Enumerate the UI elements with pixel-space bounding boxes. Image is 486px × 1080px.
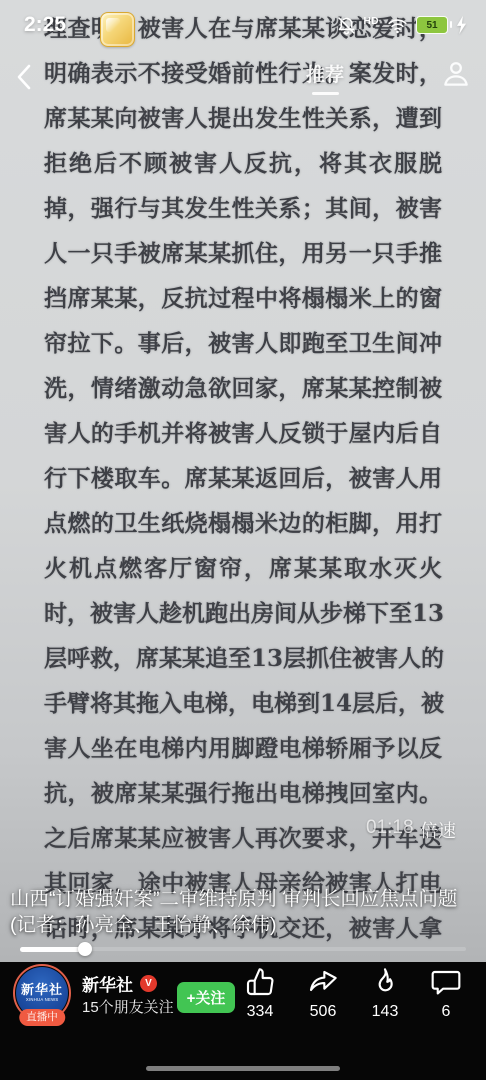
wifi-icon [386, 15, 409, 36]
follow-button[interactable]: +关注 [177, 982, 235, 1013]
share-button[interactable]: 506 [295, 966, 351, 1021]
video-surface[interactable]: 理查明，被害人在与席某某谈恋爱时，明确表示不接受婚前性行为。案发时，席某某向被害… [0, 0, 486, 962]
avatar-text-en: XINHUA NEWS [26, 998, 59, 1004]
clock-time: 2:25 [24, 13, 66, 37]
comment-icon [430, 966, 462, 998]
friends-following-note: 15个朋友关注 [82, 996, 176, 1017]
video-caption: 山西“订婚强奸案”二审维持原判 审判长回应焦点问题 (记者：孙亮全、王怡静、徐伟… [10, 886, 482, 938]
document-line: 害人坐在电梯内用脚蹬电梯轿厢予以反 [44, 726, 442, 771]
document-line: 点燃的卫生纸烧榻榻米边的柜脚，用打 [44, 501, 442, 546]
avatar-text-cn: 新华社 [21, 982, 63, 997]
document-line: 害人的手机并将被害人反锁于屋内后自 [44, 411, 442, 456]
progress-knob[interactable] [78, 942, 92, 956]
mute-bell-icon [336, 15, 357, 36]
document-line: 层呼救，席某某追至13层抓住被害人的 [44, 636, 442, 681]
status-bar: 2:25 HD 51 [24, 10, 468, 40]
document-line: 帘拉下。事后，被害人即跑至卫生间冲 [44, 321, 442, 366]
gold-coin-reward-icon[interactable] [100, 12, 135, 47]
playback-speed-button[interactable]: 倍速 [420, 817, 456, 843]
document-line: 行下楼取车。席某某返回后，被害人用 [44, 456, 442, 501]
playback-time: 01:18 [366, 817, 414, 839]
tab-recommend-label: 推荐 [306, 65, 344, 86]
bottom-bar: 新华社 XINHUA NEWS 直播中 新华社 V 15个朋友关注 +关注 33… [0, 962, 486, 1080]
caption-credits: (记者：孙亮全、王怡静、徐伟) [10, 912, 482, 938]
tab-underline [312, 92, 339, 95]
caption-title: 山西“订婚强奸案”二审维持原判 审判长回应焦点问题 [10, 886, 482, 912]
progress-bar[interactable] [0, 938, 486, 960]
court-document-text: 理查明，被害人在与席某某谈恋爱时，明确表示不接受婚前性行为。案发时，席某某向被害… [0, 6, 486, 951]
document-line: 手臂将其拖入电梯，电梯到14层后，被 [44, 681, 442, 726]
document-line: 洗，情绪激动急欲回家，席某某控制被 [44, 366, 442, 411]
back-icon[interactable] [12, 62, 38, 92]
hd-badge: HD [364, 16, 379, 27]
charging-bolt-icon [455, 15, 468, 35]
battery-level: 51 [426, 20, 437, 31]
flame-icon [369, 966, 401, 998]
like-button[interactable]: 334 [232, 966, 288, 1021]
document-line: 火机点燃客厅窗帘，席某某取水灭火 [44, 546, 442, 591]
channel-name[interactable]: 新华社 [82, 971, 133, 996]
document-line: 掉，强行与其发生性关系；其间，被害 [44, 186, 442, 231]
like-count: 334 [232, 1003, 288, 1021]
progress-elapsed [20, 947, 83, 952]
short-video-app: 理查明，被害人在与席某某谈恋爱时，明确表示不接受婚前性行为。案发时，席某某向被害… [0, 0, 486, 1080]
document-line: 明确表示不接受婚前性行为。案发时， [44, 51, 442, 96]
document-line: 抗，被席某某强行拖出电梯拽回室内。 [44, 771, 442, 816]
document-line: 拒绝后不顾被害人反抗，将其衣服脱 [44, 141, 442, 186]
comment-button[interactable]: 6 [418, 966, 474, 1021]
share-count: 506 [295, 1003, 351, 1021]
document-line: 挡席某某，反抗过程中将榻榻米上的窗 [44, 276, 442, 321]
battery-icon: 51 [416, 16, 448, 34]
document-line: 人一只手被席某某抓住，用另一只手推 [44, 231, 442, 276]
thumbs-up-icon [244, 966, 276, 998]
profile-icon[interactable] [440, 58, 472, 90]
comment-count: 6 [418, 1003, 474, 1021]
share-arrow-icon [307, 966, 339, 998]
document-line: 席某某向被害人提出发生性关系，遭到 [44, 96, 442, 141]
verified-badge: V [140, 975, 157, 992]
document-line: 时，被害人趁机跑出房间从步梯下至13 [44, 591, 442, 636]
live-badge: 直播中 [19, 1009, 65, 1026]
status-icons: HD 51 [336, 15, 468, 36]
hot-button[interactable]: 143 [357, 966, 413, 1021]
tab-recommend[interactable]: 推荐 [306, 60, 344, 87]
channel-avatar[interactable]: 新华社 XINHUA NEWS 直播中 [13, 964, 71, 1022]
home-indicator [146, 1066, 340, 1071]
channel-name-row: 新华社 V [82, 971, 157, 996]
hot-count: 143 [357, 1003, 413, 1021]
